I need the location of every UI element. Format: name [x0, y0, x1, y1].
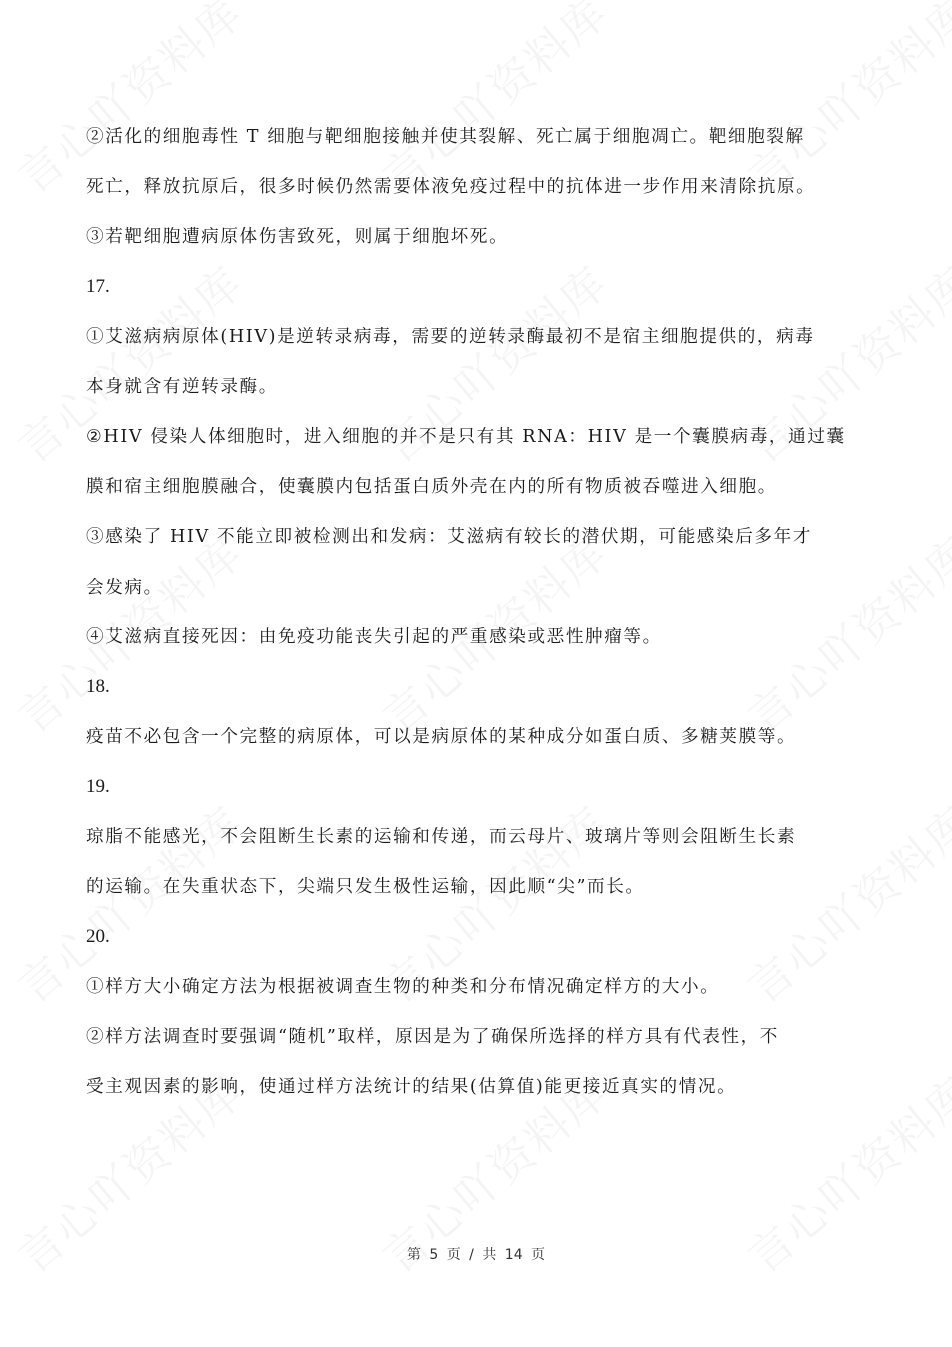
paragraph-line: 的运输。在失重状态下，尖端只发生极性运输，因此顺“尖”而长。: [86, 875, 645, 899]
paragraph-line: ③若靶细胞遭病原体伤害致死，则属于细胞坏死。: [86, 225, 508, 249]
page-footer: 第 5 页 / 共 14 页: [0, 1244, 952, 1264]
question-number: 17.: [86, 275, 110, 299]
paragraph-line: 疫苗不必包含一个完整的病原体，可以是病原体的某种成分如蛋白质、多糖荚膜等。: [86, 725, 796, 749]
paragraph-line: ②活化的细胞毒性 T 细胞与靶细胞接触并使其裂解、死亡属于细胞凋亡。靶细胞裂解: [86, 125, 805, 149]
paragraph-line: ①艾滋病病原体(HIV)是逆转录病毒，需要的逆转录酶最初不是宿主细胞提供的，病毒: [86, 325, 815, 349]
watermark-text: 言心吖资料库: [732, 789, 952, 1015]
watermark-layer: 言心吖资料库言心吖资料库言心吖资料库言心吖资料库言心吖资料库言心吖资料库言心吖资…: [0, 0, 952, 1347]
question-number: 18.: [86, 675, 110, 699]
paragraph-line: ④艾滋病直接死因：由免疫功能丧失引起的严重感染或恶性肿瘤等。: [86, 625, 662, 649]
paragraph-line: ③感染了 HIV 不能立即被检测出和发病：艾滋病有较长的潜伏期，可能感染后多年才: [86, 525, 812, 549]
paragraph-line: 膜和宿主细胞膜融合，使囊膜内包括蛋白质外壳在内的所有物质被吞噬进入细胞。: [86, 475, 777, 499]
paragraph-line: 琼脂不能感光，不会阻断生长素的运输和传递，而云母片、玻璃片等则会阻断生长素: [86, 825, 796, 849]
paragraph-line: 死亡，释放抗原后，很多时候仍然需要体液免疫过程中的抗体进一步作用来清除抗原。: [86, 175, 815, 199]
paragraph-line: 会发病。: [86, 576, 163, 600]
paragraph-line: ①样方大小确定方法为根据被调查生物的种类和分布情况确定样方的大小。: [86, 975, 719, 999]
paragraph-line: 本身就含有逆转录酶。: [86, 375, 278, 399]
question-number: 20.: [86, 925, 110, 949]
watermark-text: 言心吖资料库: [732, 519, 952, 745]
paragraph-line: ②HIV 侵染人体细胞时，进入细胞的并不是只有其 RNA：HIV 是一个囊膜病毒…: [86, 425, 846, 449]
paragraph-line: ②样方法调查时要强调“随机”取样，原因是为了确保所选择的样方具有代表性，不: [86, 1025, 779, 1049]
question-number: 19.: [86, 775, 110, 799]
paragraph-line: 受主观因素的影响，使通过样方法统计的结果(估算值)能更接近真实的情况。: [86, 1075, 736, 1099]
